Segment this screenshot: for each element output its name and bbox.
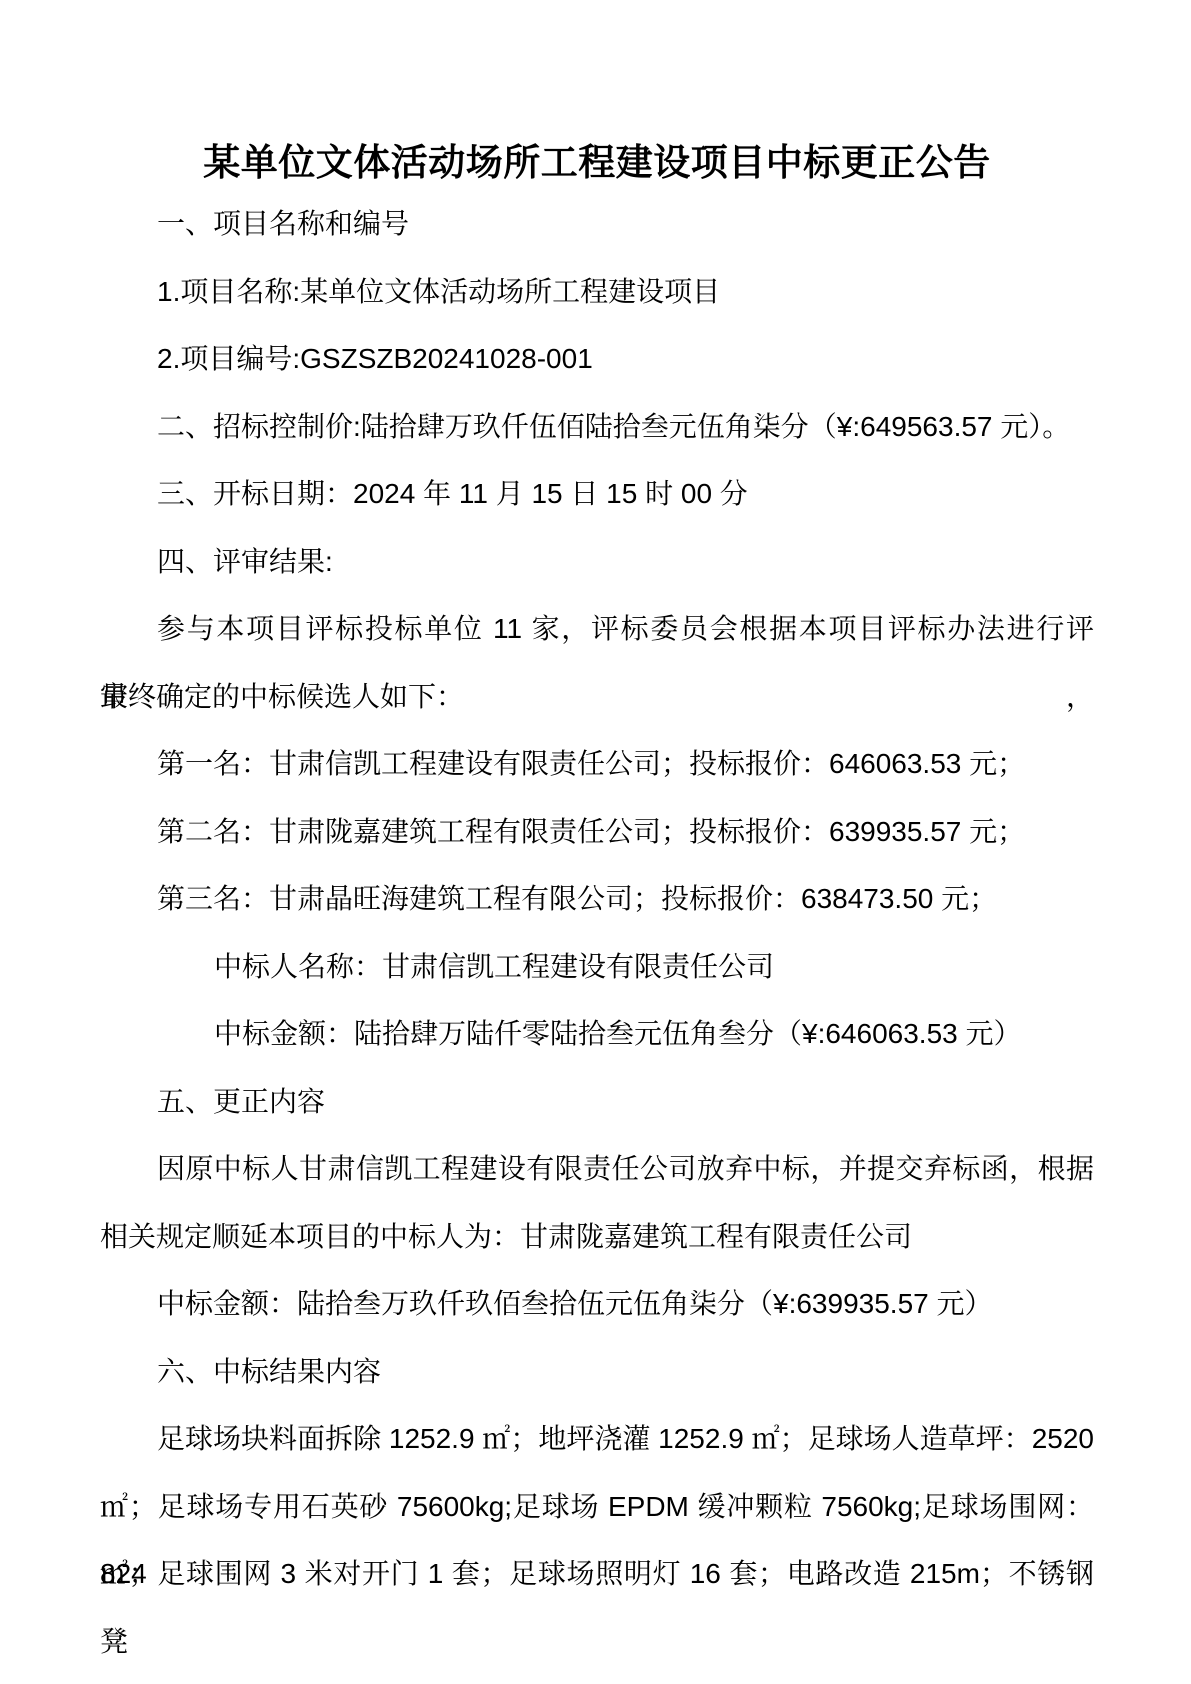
- winner-name-line: 中标人名称：甘肃信凯工程建设有限责任公司: [100, 933, 1094, 1001]
- first-place-line: 第一名：甘肃信凯工程建设有限责任公司；投标报价：646063.53 元；: [100, 730, 1094, 798]
- section-heading-project: 一、项目名称和编号: [100, 190, 1094, 258]
- bid-opening-date-line: 三、开标日期：2024 年 11 月 15 日 15 时 00 分: [100, 460, 1094, 528]
- document-body: 一、项目名称和编号 1.项目名称:某单位文体活动场所工程建设项目 2.项目编号:…: [100, 190, 1094, 1608]
- document-content: 某单位文体活动场所工程建设项目中标更正公告 一、项目名称和编号 1.项目名称:某…: [100, 136, 1094, 1608]
- result-content-line-3: ㎡；足球围网 3 米对开门 1 套；足球场照明灯 16 套；电路改造 215m；…: [100, 1540, 1094, 1608]
- correction-paragraph-line-1: 因原中标人甘肃信凯工程建设有限责任公司放弃中标，并提交弃标函，根据: [100, 1135, 1094, 1203]
- third-place-line: 第三名：甘肃晶旺海建筑工程有限公司；投标报价：638473.50 元；: [100, 865, 1094, 933]
- result-content-line-2: ㎡；足球场专用石英砂 75600kg;足球场 EPDM 缓冲颗粒 7560kg;…: [100, 1473, 1094, 1541]
- document-title: 某单位文体活动场所工程建设项目中标更正公告: [100, 136, 1094, 190]
- correction-paragraph-line-2: 相关规定顺延本项目的中标人为：甘肃陇嘉建筑工程有限责任公司: [100, 1203, 1094, 1271]
- review-result-heading: 四、评审结果:: [100, 528, 1094, 596]
- second-place-line: 第二名：甘肃陇嘉建筑工程有限责任公司；投标报价：639935.57 元；: [100, 798, 1094, 866]
- new-winner-amount-line: 中标金额：陆拾叁万玖仟玖佰叁拾伍元伍角柒分（¥:639935.57 元）: [100, 1270, 1094, 1338]
- result-content-line-1: 足球场块料面拆除 1252.9 ㎡；地坪浇灌 1252.9 ㎡；足球场人造草坪：…: [100, 1405, 1094, 1473]
- winner-amount-line: 中标金额：陆拾肆万陆仟零陆拾叁元伍角叁分（¥:646063.53 元）: [100, 1000, 1094, 1068]
- project-name-line: 1.项目名称:某单位文体活动场所工程建设项目: [100, 258, 1094, 326]
- document-page: 某单位文体活动场所工程建设项目中标更正公告 一、项目名称和编号 1.项目名称:某…: [0, 0, 1191, 1684]
- result-content-heading: 六、中标结果内容: [100, 1338, 1094, 1406]
- review-paragraph-line-1: 参与本项目评标投标单位 11 家，评标委员会根据本项目评标办法进行评审，: [100, 595, 1094, 663]
- control-price-line: 二、招标控制价:陆拾肆万玖仟伍佰陆拾叁元伍角柒分（¥:649563.57 元）。: [100, 393, 1094, 461]
- correction-heading: 五、更正内容: [100, 1068, 1094, 1136]
- project-number-line: 2.项目编号:GSZSZB20241028-001: [100, 325, 1094, 393]
